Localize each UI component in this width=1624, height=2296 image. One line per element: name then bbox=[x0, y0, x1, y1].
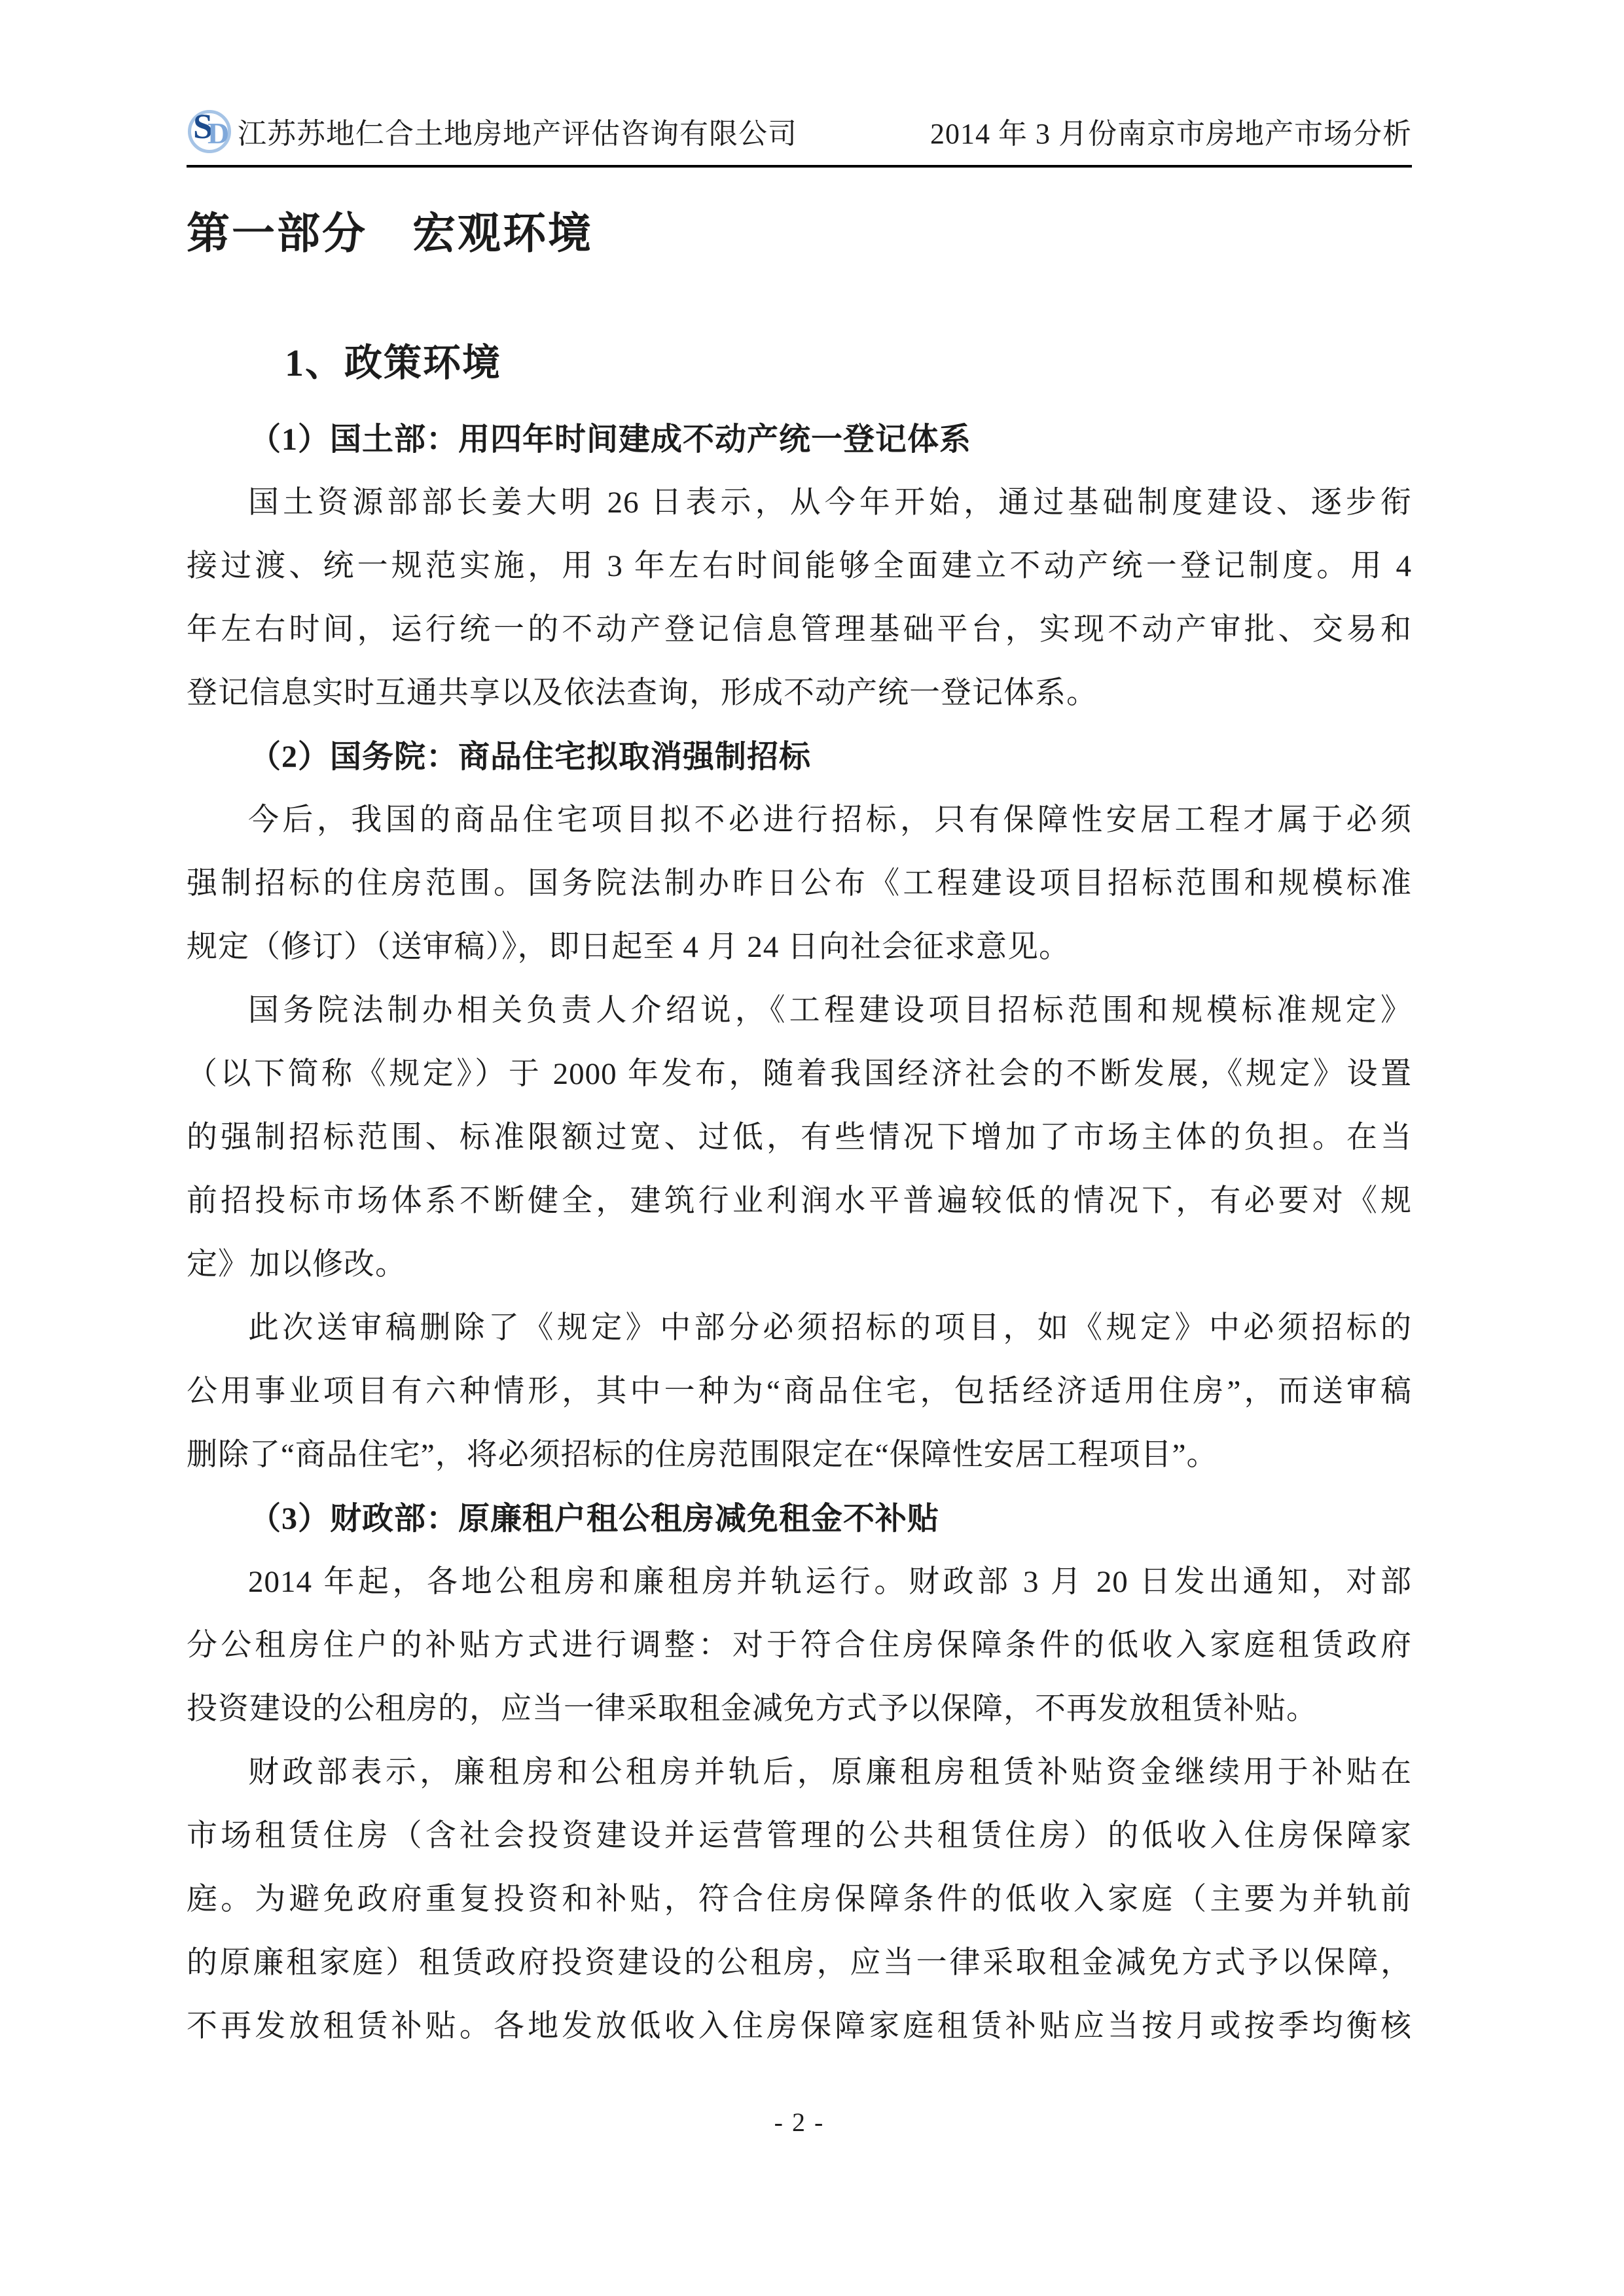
body-line: （以下简称《规定》）于 2000 年发布，随着我国经济社会的不断发展,《规定》设… bbox=[187, 1043, 1412, 1106]
body-line: 2014 年起，各地公租房和廉租房并轨运行。财政部 3 月 20 日发出通知，对… bbox=[187, 1551, 1412, 1614]
header-left: S D 江苏苏地仁合土地房地产评估咨询有限公司 bbox=[187, 105, 797, 157]
company-logo: S D bbox=[187, 105, 234, 157]
body-line: 国务院法制办相关负责人介绍说，《工程建设项目招标范围和规模标准规定》 bbox=[187, 979, 1412, 1043]
body-line: 接过渡、统一规范实施，用 3 年左右时间能够全面建立不动产统一登记制度。用 4 bbox=[187, 535, 1412, 598]
part-title: 第一部分 宏观环境 bbox=[187, 209, 1412, 259]
body-line: 公用事业项目有六种情形，其中一种为“商品住宅，包括经济适用住房”，而送审稿 bbox=[187, 1360, 1412, 1424]
body-line: 的原廉租家庭）租赁政府投资建设的公租房，应当一律采取租金减免方式予以保障， bbox=[187, 1931, 1412, 1995]
body-line: 删除了“商品住宅”，将必须招标的住房范围限定在“保障性安居工程项目”。 bbox=[187, 1424, 1412, 1487]
body-line: 年左右时间，运行统一的不动产登记信息管理基础平台，实现不动产审批、交易和 bbox=[187, 598, 1412, 662]
section-title: 1、政策环境 bbox=[285, 342, 1412, 386]
body-line: 市场租赁住房（含社会投资建设并运营管理的公共租赁住房）的低收入住房保障家 bbox=[187, 1804, 1412, 1868]
body-line: 分公租房住户的补贴方式进行调整：对于符合住房保障条件的低收入家庭租赁政府 bbox=[187, 1614, 1412, 1677]
body-line: 规定（修订）（送审稿）》，即日起至 4 月 24 日向社会征求意见。 bbox=[187, 916, 1412, 979]
page-header: S D 江苏苏地仁合土地房地产评估咨询有限公司 2014 年 3 月份南京市房地… bbox=[187, 105, 1412, 157]
body-line: 登记信息实时互通共享以及依法查询，形成不动产统一登记体系。 bbox=[187, 662, 1412, 725]
report-title: 2014 年 3 月份南京市房地产市场分析 bbox=[930, 110, 1412, 152]
company-name: 江苏苏地仁合土地房地产评估咨询有限公司 bbox=[238, 110, 797, 152]
body-line: 庭。为避免政府重复投资和补贴，符合住房保障条件的低收入家庭（主要为并轨前 bbox=[187, 1868, 1412, 1931]
document-page: S D 江苏苏地仁合土地房地产评估咨询有限公司 2014 年 3 月份南京市房地… bbox=[0, 0, 1624, 2296]
page-number: - 2 - bbox=[187, 2107, 1412, 2138]
body-line: 前招投标市场体系不断健全，建筑行业利润水平普遍较低的情况下，有必要对《规 bbox=[187, 1170, 1412, 1233]
sub-heading: （2）国务院：商品住宅拟取消强制招标 bbox=[187, 725, 1412, 789]
body-line: 强制招标的住房范围。国务院法制办昨日公布《工程建设项目招标范围和规模标准 bbox=[187, 852, 1412, 916]
document-body: （1）国土部：用四年时间建成不动产统一登记体系国土资源部部长姜大明 26 日表示… bbox=[187, 408, 1412, 2058]
sub-heading: （3）财政部：原廉租户租公租房减免租金不补贴 bbox=[187, 1487, 1412, 1551]
body-line: 此次送审稿删除了《规定》中部分必须招标的项目，如《规定》中必须招标的 bbox=[187, 1297, 1412, 1360]
logo-letter-d: D bbox=[208, 113, 229, 154]
body-line: 定》加以修改。 bbox=[187, 1233, 1412, 1297]
body-line: 今后，我国的商品住宅项目拟不必进行招标，只有保障性安居工程才属于必须 bbox=[187, 789, 1412, 852]
body-line: 投资建设的公租房的，应当一律采取租金减免方式予以保障，不再发放租赁补贴。 bbox=[187, 1677, 1412, 1741]
body-line: 的强制招标范围、标准限额过宽、过低，有些情况下增加了市场主体的负担。在当 bbox=[187, 1106, 1412, 1170]
sub-heading: （1）国土部：用四年时间建成不动产统一登记体系 bbox=[187, 408, 1412, 471]
body-line: 财政部表示，廉租房和公租房并轨后，原廉租房租赁补贴资金继续用于补贴在 bbox=[187, 1741, 1412, 1804]
header-rule bbox=[187, 165, 1412, 168]
body-line: 不再发放租赁补贴。各地发放低收入住房保障家庭租赁补贴应当按月或按季均衡核 bbox=[187, 1995, 1412, 2058]
page-content: S D 江苏苏地仁合土地房地产评估咨询有限公司 2014 年 3 月份南京市房地… bbox=[0, 105, 1624, 2138]
body-line: 国土资源部部长姜大明 26 日表示，从今年开始，通过基础制度建设、逐步衔 bbox=[187, 471, 1412, 535]
